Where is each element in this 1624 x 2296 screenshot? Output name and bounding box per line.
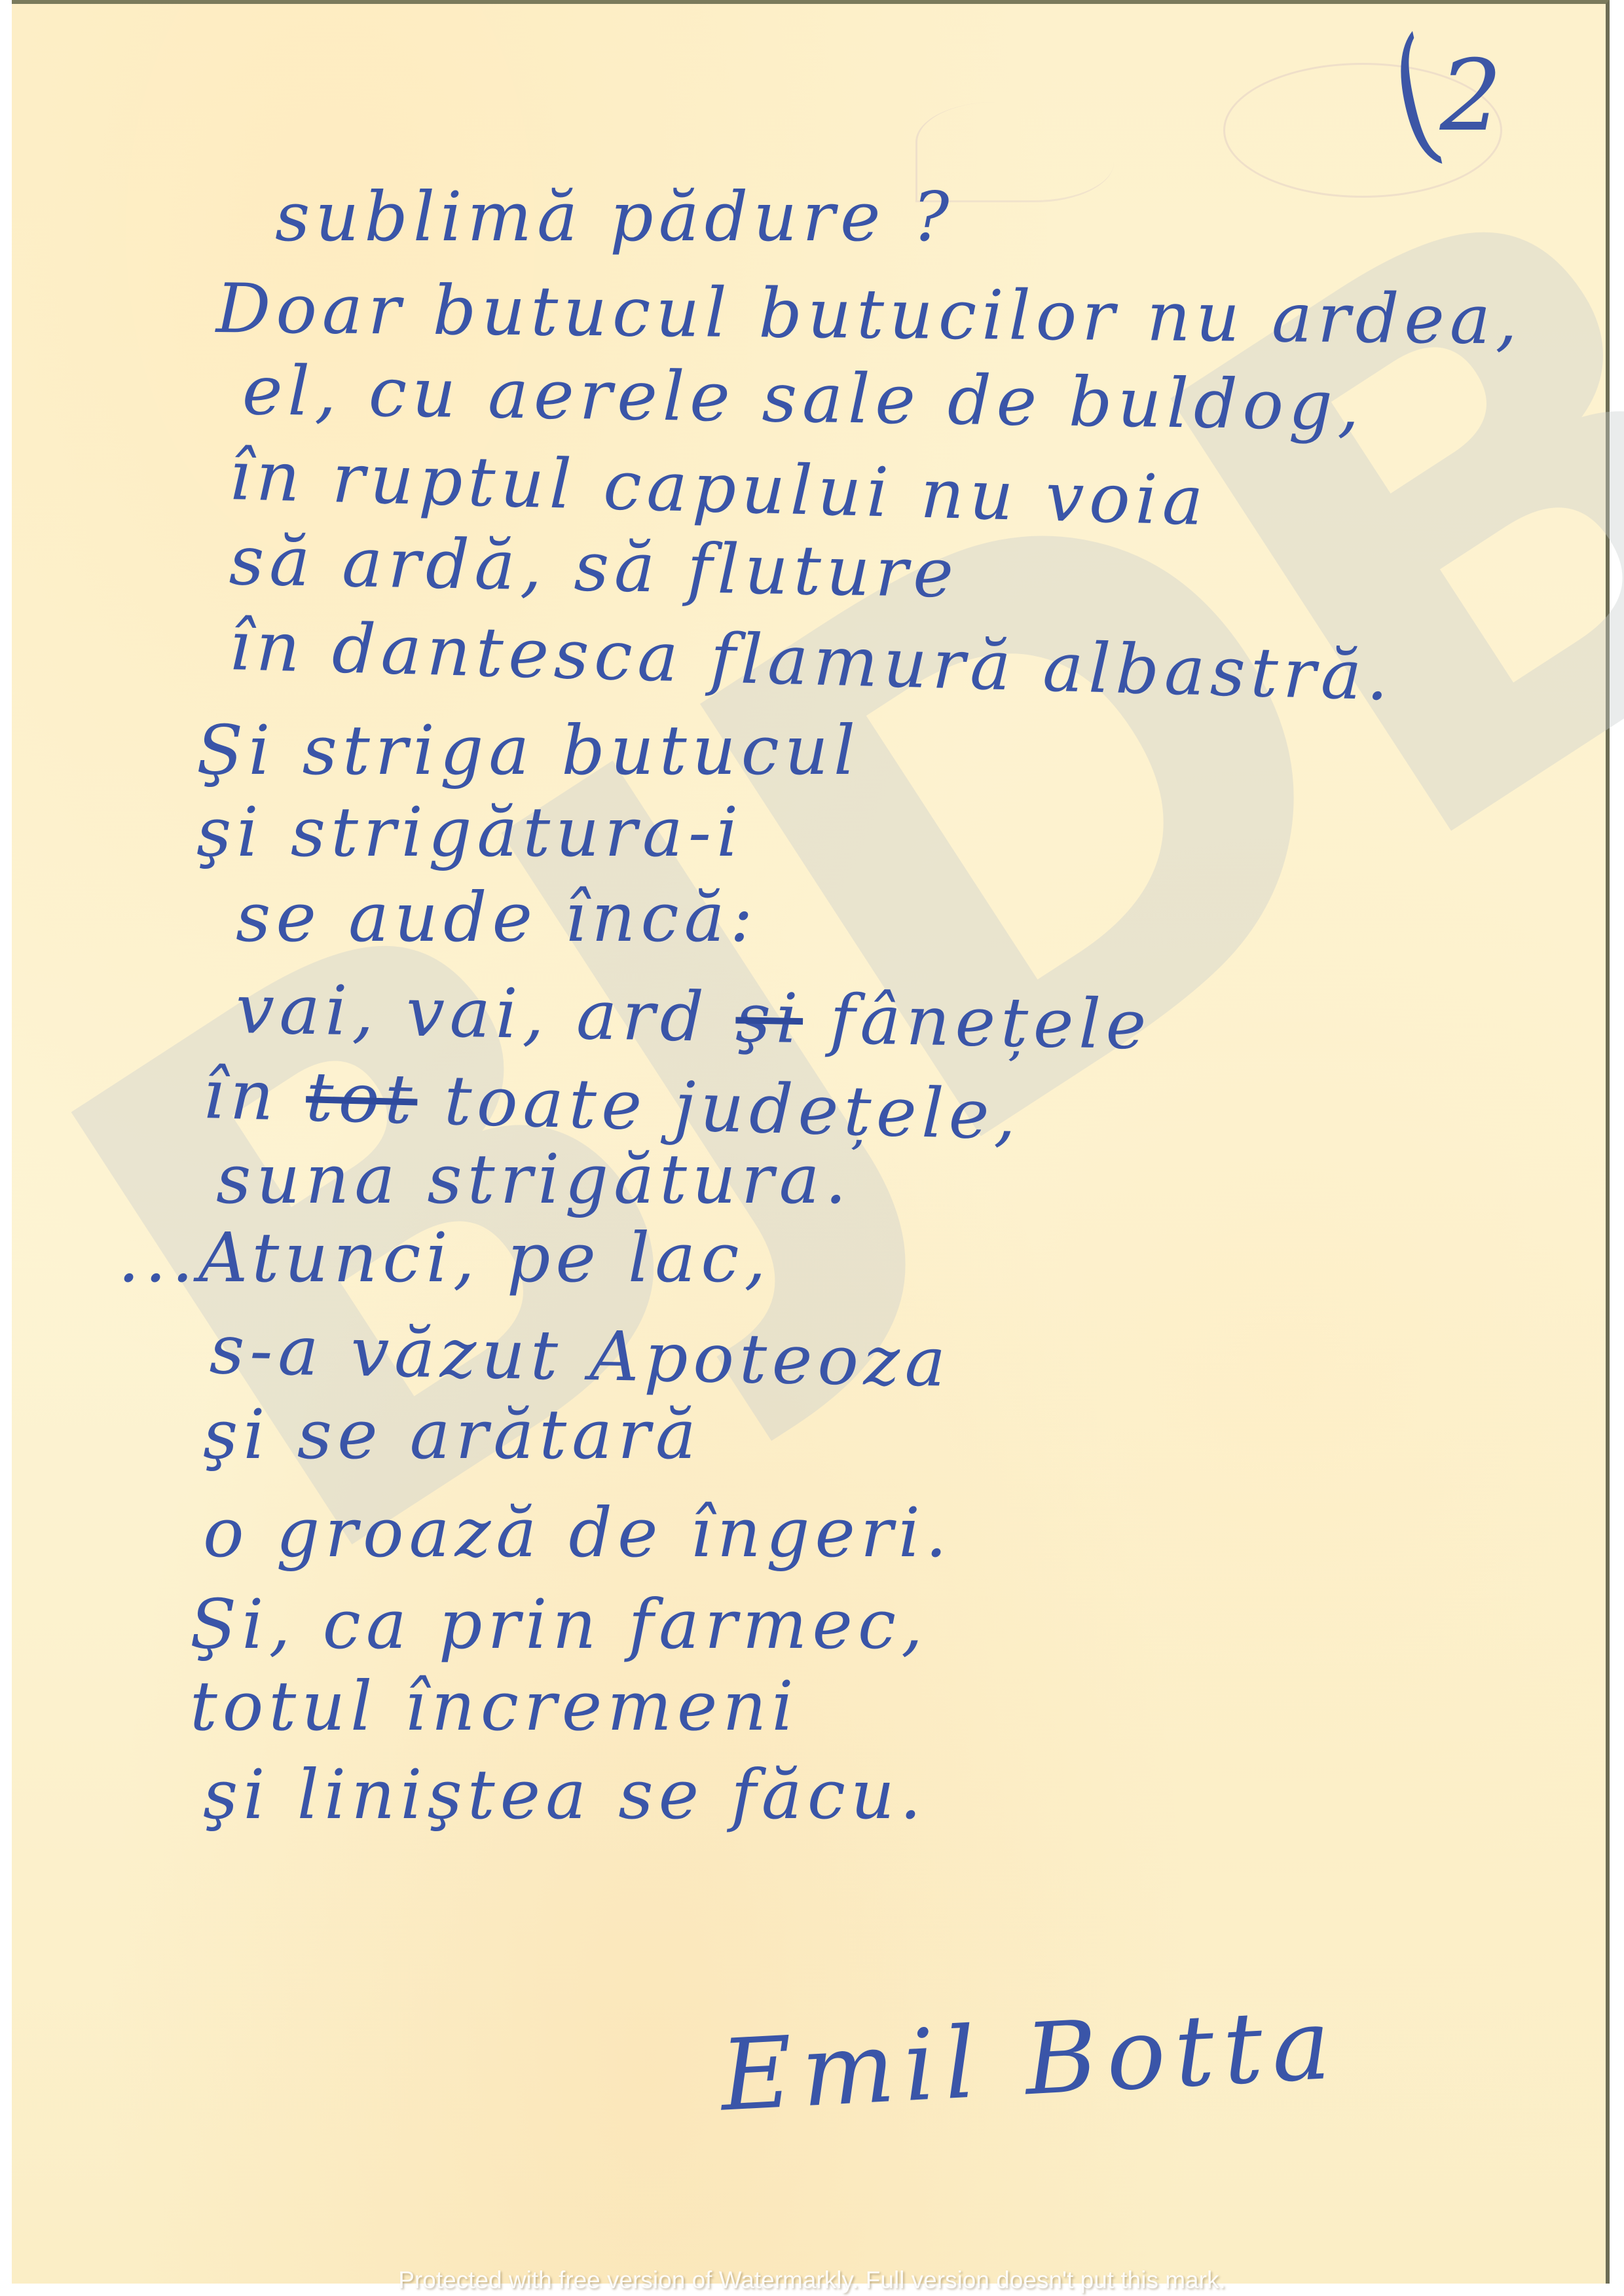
poem-line: s-a văzut Apoteoza <box>209 1309 951 1402</box>
struck-word: tot <box>305 1057 418 1139</box>
poem-text-segment: în <box>202 1054 306 1137</box>
poem-text-segment: vai, vai, ard <box>235 969 737 1057</box>
poem-line: o groază de îngeri. <box>203 1493 952 1573</box>
poem-line: în dantesca flamură albastră. <box>228 606 1394 716</box>
poem-line: sublimă pădure ? <box>275 177 954 257</box>
poem-line: se aude încă: <box>236 877 758 957</box>
poem-line: totul încremeni <box>190 1666 799 1746</box>
struck-word: şi <box>735 977 803 1059</box>
poem-line: şi se arătară <box>203 1394 701 1474</box>
poem-text: sublimă pădure ? Doar butucul butucilor … <box>0 0 1624 2296</box>
poem-line: Şi striga butucul <box>196 710 860 790</box>
poem-line: să ardă, să fluture <box>229 520 959 613</box>
poem-line: Doar butucul butucilor nu ardea, <box>215 268 1522 359</box>
poem-line: şi liniştea se făcu. <box>203 1755 927 1834</box>
poem-text-segment: fânețele <box>802 979 1152 1065</box>
poem-line-with-strike: vai, vai, ard şi fânețele <box>235 969 1152 1065</box>
watermarkly-footer: Protected with free version of Watermark… <box>0 2267 1624 2294</box>
poem-line: suna strigătura. <box>216 1139 852 1219</box>
poem-line: el, cu aerele sale de buldog, <box>242 350 1365 446</box>
poem-line: şi strigătura-i <box>196 792 743 872</box>
poem-line: Şi, ca prin farmec, <box>190 1584 928 1664</box>
poem-line: ...Atunci, pe lac, <box>118 1218 771 1298</box>
